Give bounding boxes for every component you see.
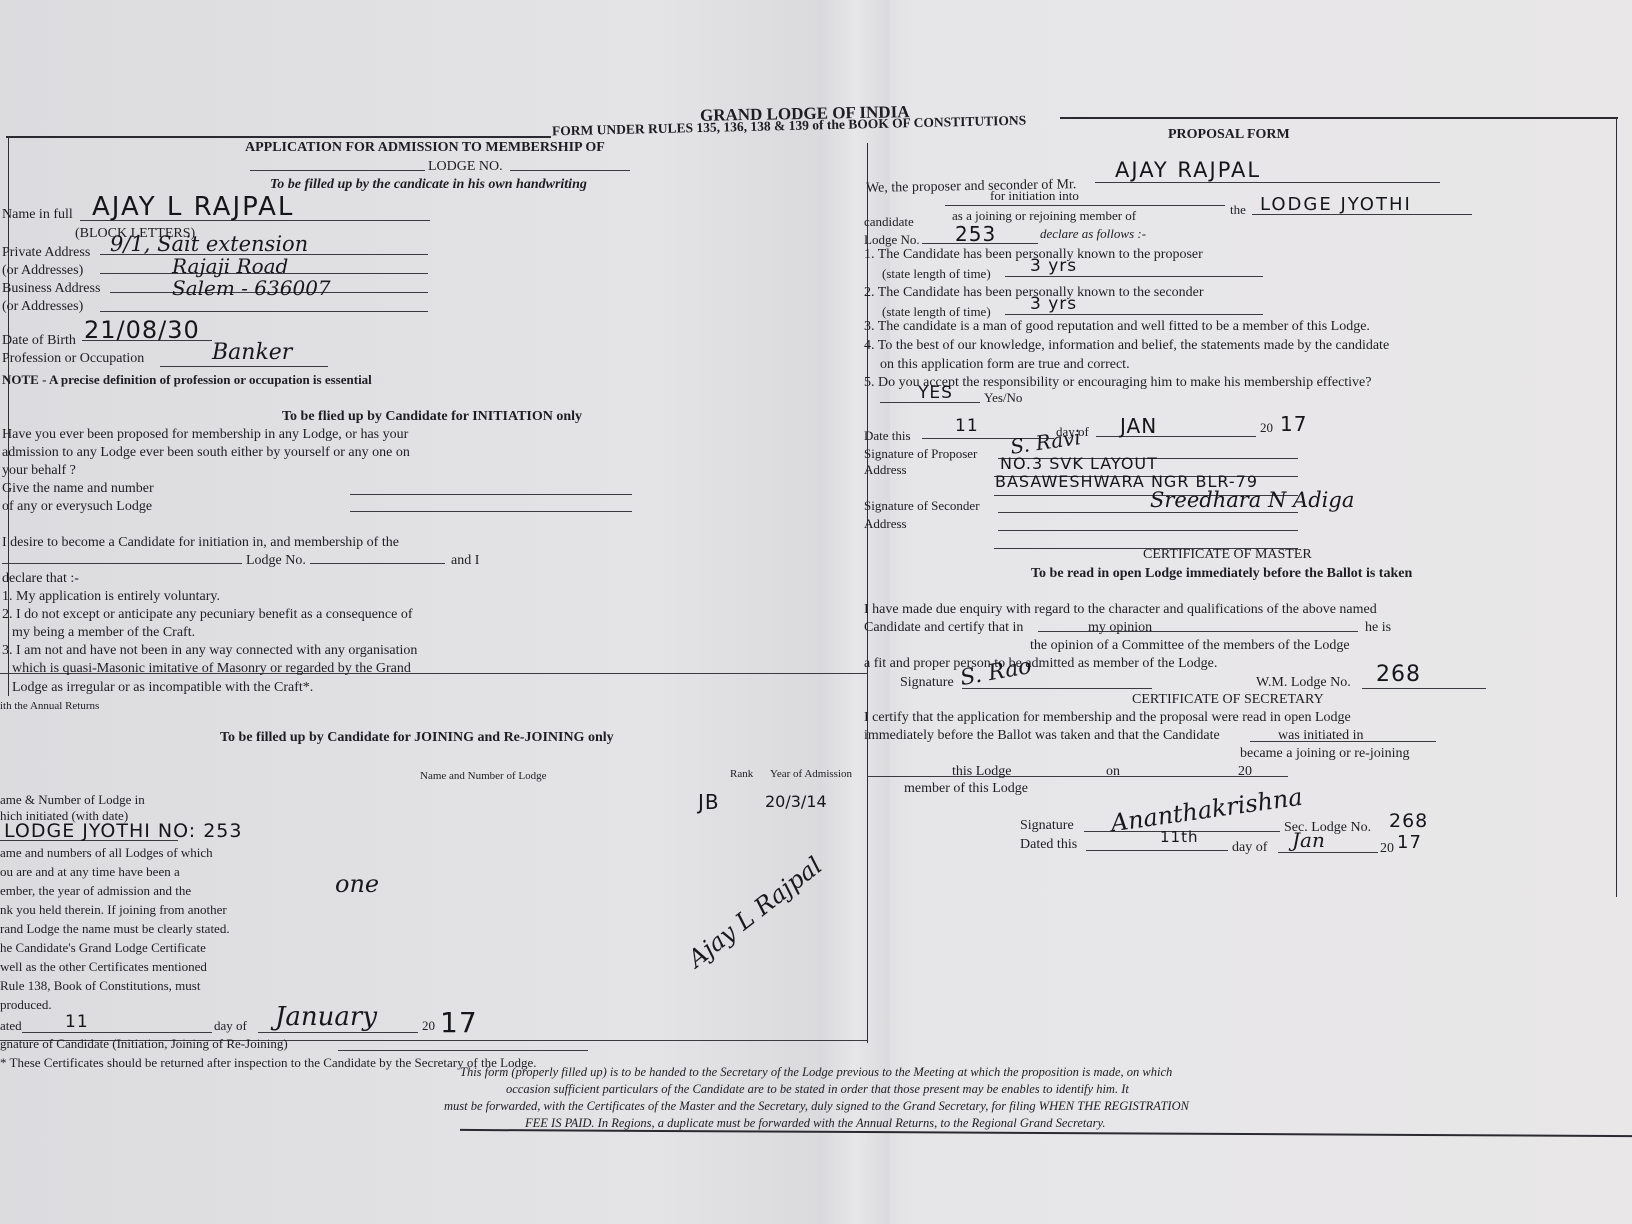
secretary-day-field[interactable]	[1086, 832, 1228, 851]
or-addresses-label: (or Addresses)	[2, 262, 83, 279]
yes-no-label: Yes/No	[984, 390, 1022, 406]
proposer-signature-label: Signature of Proposer	[864, 446, 977, 462]
secretary-signature-label: Signature	[1020, 817, 1074, 834]
candidate-signature-label: gnature of Candidate (Initiation, Joinin…	[0, 1036, 288, 1052]
wm-lodge-label: W.M. Lodge No.	[1256, 674, 1351, 691]
annual-returns-fragment: ith the Annual Returns	[0, 700, 99, 713]
proposal-month-value: JAN	[1120, 414, 1157, 438]
lodge-no-label: LODGE NO.	[428, 158, 503, 175]
on-label: on	[1106, 763, 1120, 780]
business-address-label: Business Address	[2, 280, 100, 297]
all-lodges-label: nk you held therein. If joining from ano…	[0, 902, 227, 918]
opinion-value: my opinion	[1088, 619, 1152, 636]
col-rank: Rank	[730, 768, 753, 781]
proposal-item-3: 3. The candidate is a man of good reputa…	[864, 318, 1370, 335]
master-certificate-subtitle: To be read in open Lodge immediately bef…	[1031, 565, 1412, 582]
for-initiation-label: for initiation into	[990, 188, 1079, 204]
lodge-name-value: LODGE JYOTHI	[1260, 194, 1412, 215]
member-of-label: member of this Lodge	[904, 780, 1028, 797]
footer-line: occasion sufficient particulars of the C…	[506, 1081, 1129, 1097]
give-name-label: Give the name and number	[2, 480, 154, 497]
seconder-known-value: 3 yrs	[1030, 294, 1077, 314]
initiation-question-1: Have you ever been proposed for membersh…	[2, 426, 408, 443]
master-line-2: Candidate and certify that in	[864, 619, 1023, 636]
initiation-question-3: your behalf ?	[2, 462, 76, 479]
all-lodges-label: well as the other Certificates mentioned	[0, 959, 207, 975]
lodge-no-value: 253	[955, 222, 996, 246]
and-i-label: and I	[451, 552, 479, 569]
initiated-lodge-value: LODGE JYOTHI NO: 253	[4, 820, 242, 842]
proposal-day-value: 11	[955, 416, 979, 436]
dated-month-value: January	[275, 1002, 377, 1032]
declaration-item: Lodge as irregular or as incompatible wi…	[12, 679, 313, 696]
box-top-right	[1060, 117, 1618, 119]
footer-line: must be forwarded, with the Certificates…	[444, 1098, 1189, 1114]
state-length-label: (state length of time)	[882, 266, 991, 282]
opinion-field[interactable]	[1038, 613, 1358, 632]
previous-lodge-field-2[interactable]	[350, 493, 632, 512]
master-line-3: the opinion of a Committee of the member…	[1030, 637, 1350, 654]
col-lodge-name: Name and Number of Lodge	[420, 770, 546, 783]
address-value-3: Salem - 636007	[172, 276, 331, 300]
year-prefix: 20	[1238, 763, 1252, 780]
he-is-label: he is	[1365, 619, 1391, 636]
declare-label: declare that :-	[2, 570, 79, 587]
dated-day-value: 11	[65, 1012, 89, 1032]
declare-label: declare as follows :-	[1040, 226, 1146, 242]
proposer-known-value: 3 yrs	[1030, 256, 1077, 276]
wm-lodge-value: 268	[1376, 662, 1421, 687]
proposal-item-4: 4. To the best of our knowledge, informa…	[864, 337, 1389, 354]
private-address-label: Private Address	[2, 244, 90, 261]
initiated-status-value: was initiated in	[1278, 727, 1364, 744]
declaration-item: 3. I am not and have not been in any way…	[2, 642, 417, 659]
declaration-item: my being a member of the Craft.	[12, 624, 195, 641]
or-addresses-label: (or Addresses)	[2, 298, 83, 315]
the-label: the	[1230, 202, 1246, 218]
day-of-label: day of	[214, 1018, 247, 1034]
joining-heading: To be filled up by Candidate for JOINING…	[220, 729, 614, 746]
col-year: Year of Admission	[770, 768, 852, 781]
application-instruction: To be filled up by the candicate in his …	[270, 176, 587, 193]
seconder-address-label: Address	[864, 516, 907, 532]
box-right-edge	[1616, 117, 1617, 897]
lodge-no-label: Lodge No.	[246, 552, 306, 569]
initiation-question-2: admission to any Lodge ever been south e…	[2, 444, 410, 461]
all-lodges-label: Rule 138, Book of Constitutions, must	[0, 978, 200, 994]
date-this-label: Date this	[864, 428, 911, 444]
all-lodges-label: ember, the year of admission and the	[0, 883, 191, 899]
center-divider	[867, 143, 868, 1043]
box-top-left	[6, 136, 551, 138]
seconder-signature-label: Signature of Seconder	[864, 498, 980, 514]
on-date-field[interactable]	[1126, 758, 1234, 777]
address-value-1: 9/1, Sait extension	[110, 232, 308, 256]
all-lodges-label: ame and numbers of all Lodges of which	[0, 845, 213, 861]
initiation-heading: To be flied up by Candidate for INITIATI…	[282, 408, 582, 425]
desired-lodge-field[interactable]	[2, 545, 242, 564]
secretary-dated-label: Dated this	[1020, 836, 1077, 853]
dob-label: Date of Birth	[2, 332, 76, 349]
year-value: 20/3/14	[765, 792, 827, 811]
candidate-signature-field[interactable]	[338, 1032, 588, 1051]
candidate-name-value: AJAY RAJPAL	[1115, 158, 1261, 182]
proposal-item-4-cont: on this application form are true and co…	[880, 356, 1130, 373]
initiation-type-line	[945, 205, 1225, 206]
lodge-name-field[interactable]	[250, 152, 425, 171]
master-signature-label: Signature	[900, 674, 954, 691]
candidate-label: candidate	[864, 214, 914, 230]
year-suffix: 17	[1280, 412, 1307, 436]
footer-line: This form (properly filled up) is to be …	[460, 1064, 1172, 1080]
proposer-address-label: Address	[864, 462, 907, 478]
seconder-address-field[interactable]	[998, 512, 1298, 531]
proposal-title: PROPOSAL FORM	[1168, 126, 1290, 143]
secretary-line-2: immediately before the Ballot was taken …	[864, 727, 1220, 744]
secretary-month-value: Jan	[1292, 828, 1325, 852]
all-lodges-label: he Candidate's Grand Lodge Certificate	[0, 940, 206, 956]
secretary-day-value: 11th	[1160, 828, 1198, 846]
desired-lodge-no-field[interactable]	[310, 545, 445, 564]
lodge-no-field[interactable]	[510, 152, 630, 171]
all-lodges-label: ou are and at any time have been a	[0, 864, 180, 880]
all-lodges-value: one	[335, 870, 379, 898]
this-lodge-value: this Lodge	[952, 763, 1012, 780]
candidate-signature: Ajay L Rajpal	[683, 851, 828, 973]
year-prefix: 20	[1380, 840, 1394, 857]
master-certificate-title: CERTIFICATE OF MASTER	[1143, 546, 1312, 563]
profession-value: Banker	[212, 340, 292, 365]
seconder-signature: Sreedhara N Adiga	[1150, 488, 1354, 512]
dated-day-field[interactable]	[22, 1014, 212, 1033]
name-label: Name in full	[2, 206, 73, 223]
accept-value: YES	[918, 383, 953, 403]
all-lodges-label: rand Lodge the name must be clearly stat…	[0, 921, 230, 937]
initiated-label: ame & Number of Lodge in	[0, 792, 145, 808]
dob-value: 21/08/30	[84, 316, 200, 344]
sec-lodge-value: 268	[1389, 810, 1428, 832]
rank-value: JB	[698, 790, 720, 814]
proposer-address-1: NO.3 SVK LAYOUT	[1000, 454, 1158, 473]
secretary-certificate-title: CERTIFICATE OF SECRETARY	[1132, 691, 1324, 708]
all-lodges-label: produced.	[0, 997, 52, 1013]
every-lodge-label: of any or everysuch Lodge	[2, 498, 152, 515]
name-value: AJAY L RAJPAL	[92, 192, 294, 222]
address-value-2: Rajaji Road	[172, 254, 288, 278]
profession-label: Profession or Occupation	[2, 350, 144, 367]
declaration-item: 2. I do not except or anticipate any pec…	[2, 606, 413, 623]
footer-line: FEE IS PAID. In Regions, a duplicate mus…	[525, 1115, 1105, 1131]
on-year-field[interactable]	[1256, 758, 1288, 777]
day-of-label: day of	[1232, 839, 1267, 856]
certificates-note: * These Certificates should be returned …	[0, 1055, 537, 1071]
declaration-item: 1. My application is entirely voluntary.	[2, 588, 220, 605]
year-prefix: 20	[1260, 420, 1273, 436]
declaration-item: which is quasi-Masonic imitative of Maso…	[12, 660, 411, 677]
dated-label: ated	[0, 1018, 22, 1034]
secretary-year-value: 17	[1397, 832, 1422, 853]
profession-note: NOTE - A precise definition of professio…	[2, 372, 372, 388]
